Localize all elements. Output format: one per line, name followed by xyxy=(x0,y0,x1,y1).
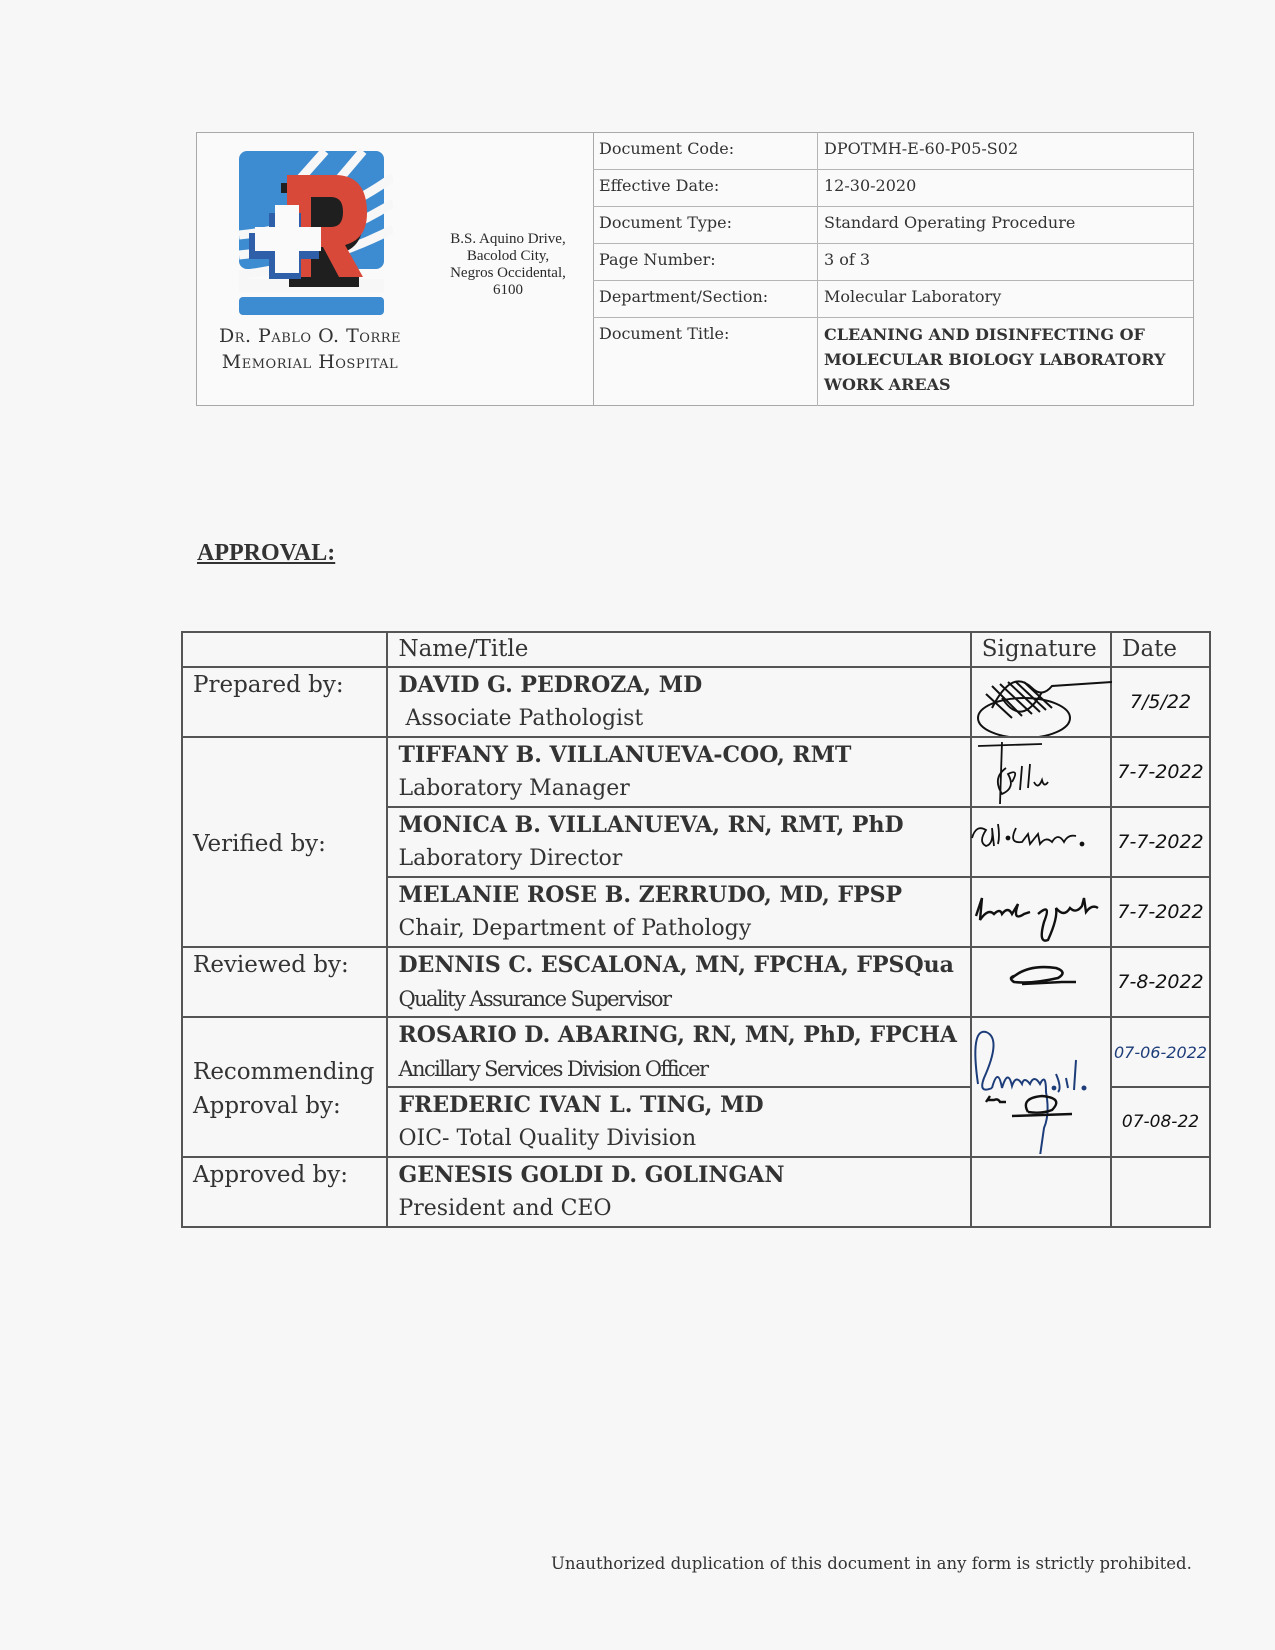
role-label: Prepared by: xyxy=(182,667,387,737)
signatory-title: Ancillary Services Division Officer xyxy=(398,1052,959,1086)
hospital-branding-cell: Dr. Pablo O. Torre Memorial Hospital B.S… xyxy=(197,133,594,405)
document-title-value: CLEANING AND DISINFECTING OF MOLECULAR B… xyxy=(818,318,1193,406)
approval-table-header: Name/Title Signature Date xyxy=(182,632,1210,667)
role-label: Reviewed by: xyxy=(182,947,387,1017)
metadata-row-document-title: Document Title: CLEANING AND DISINFECTIN… xyxy=(593,318,1193,406)
signatory-title: OIC- Total Quality Division xyxy=(398,1122,959,1156)
signed-date: 07-08-22 xyxy=(1111,1087,1210,1157)
approval-row: Recommending Approval by: ROSARIO D. ABA… xyxy=(182,1017,1210,1087)
column-header-date: Date xyxy=(1111,632,1210,667)
signatory-name: DENNIS C. ESCALONA, MN, FPCHA, FPSQua xyxy=(398,948,959,982)
signatory-title: Quality Assurance Supervisor xyxy=(398,982,959,1016)
role-label-line: Approval by: xyxy=(193,1089,376,1123)
effective-date-value: 12-30-2020 xyxy=(818,170,1193,206)
signatory-name: DAVID G. PEDROZA, MD xyxy=(398,668,959,702)
metadata-row-document-code: Document Code: DPOTMH-E-60-P05-S02 xyxy=(593,133,1193,170)
document-header-table: Dr. Pablo O. Torre Memorial Hospital B.S… xyxy=(196,132,1194,406)
signatory-name: MELANIE ROSE B. ZERRUDO, MD, FPSP xyxy=(398,878,959,912)
signatory: FREDERIC IVAN L. TING, MD OIC- Total Qua… xyxy=(387,1087,970,1157)
hospital-name-line1: Dr. Pablo O. Torre xyxy=(197,323,423,349)
address-line: 6100 xyxy=(423,282,593,299)
approval-row: Verified by: TIFFANY B. VILLANUEVA-COO, … xyxy=(182,737,1210,807)
signatory: GENESIS GOLDI D. GOLINGAN President and … xyxy=(387,1157,970,1227)
signature-cell xyxy=(971,1017,1111,1157)
hospital-name-line2: Memorial Hospital xyxy=(197,349,423,375)
approval-heading: APPROVAL: xyxy=(197,540,335,567)
field-label: Department/Section: xyxy=(593,281,818,317)
address-line: B.S. Aquino Drive, xyxy=(423,231,593,248)
field-label: Document Type: xyxy=(593,207,818,243)
column-header-name-title: Name/Title xyxy=(387,632,970,667)
role-label: Recommending Approval by: xyxy=(182,1017,387,1157)
hospital-name: Dr. Pablo O. Torre Memorial Hospital xyxy=(197,323,423,375)
metadata-row-page-number: Page Number: 3 of 3 xyxy=(593,244,1193,281)
signed-date: 7/5/22 xyxy=(1111,667,1210,737)
title-line: CLEANING AND DISINFECTING OF xyxy=(824,322,1187,347)
signatory: MELANIE ROSE B. ZERRUDO, MD, FPSP Chair,… xyxy=(387,877,970,947)
signature-cell xyxy=(971,947,1111,1017)
signed-date: 07-06-2022 xyxy=(1111,1017,1210,1087)
department-value: Molecular Laboratory xyxy=(818,281,1193,317)
signatory: TIFFANY B. VILLANUEVA-COO, RMT Laborator… xyxy=(387,737,970,807)
document-code-value: DPOTMH-E-60-P05-S02 xyxy=(818,133,1193,169)
column-header-role xyxy=(182,632,387,667)
signed-date-empty xyxy=(1111,1157,1210,1227)
page-number-value: 3 of 3 xyxy=(818,244,1193,280)
document-metadata: Document Code: DPOTMH-E-60-P05-S02 Effec… xyxy=(593,133,1193,406)
signatory: DAVID G. PEDROZA, MD Associate Pathologi… xyxy=(387,667,970,737)
approval-row: Approved by: GENESIS GOLDI D. GOLINGAN P… xyxy=(182,1157,1210,1227)
duplication-notice: Unauthorized duplication of this documen… xyxy=(551,1554,1192,1573)
signatory: DENNIS C. ESCALONA, MN, FPCHA, FPSQua Qu… xyxy=(387,947,970,1017)
metadata-row-document-type: Document Type: Standard Operating Proced… xyxy=(593,207,1193,244)
document-type-value: Standard Operating Procedure xyxy=(818,207,1193,243)
signatory-title: Associate Pathologist xyxy=(398,702,959,736)
role-label: Approved by: xyxy=(182,1157,387,1227)
field-label: Document Code: xyxy=(593,133,818,169)
role-label: Verified by: xyxy=(182,737,387,947)
signed-date: 7-7-2022 xyxy=(1111,737,1210,807)
signature-cell xyxy=(971,807,1111,877)
address-line: Bacolod City, xyxy=(423,248,593,265)
signatory: MONICA B. VILLANUEVA, RN, RMT, PhD Labor… xyxy=(387,807,970,877)
column-header-signature: Signature xyxy=(971,632,1111,667)
approval-table: Name/Title Signature Date Prepared by: D… xyxy=(181,631,1211,1228)
signatory-name: ROSARIO D. ABARING, RN, MN, PhD, FPCHA xyxy=(398,1018,959,1052)
signatory-name: TIFFANY B. VILLANUEVA-COO, RMT xyxy=(398,738,959,772)
metadata-row-effective-date: Effective Date: 12-30-2020 xyxy=(593,170,1193,207)
signature-icon xyxy=(972,878,1114,946)
signatory-title: Laboratory Director xyxy=(398,842,959,876)
field-label: Effective Date: xyxy=(593,170,818,206)
signatory-name: GENESIS GOLDI D. GOLINGAN xyxy=(398,1158,959,1192)
field-label: Page Number: xyxy=(593,244,818,280)
approval-row: Prepared by: DAVID G. PEDROZA, MD Associ… xyxy=(182,667,1210,737)
signatory-title: Chair, Department of Pathology xyxy=(398,912,959,946)
title-line: WORK AREAS xyxy=(824,372,1187,397)
signature-icon xyxy=(972,668,1114,736)
signatory-title: Laboratory Manager xyxy=(398,772,959,806)
signature-cell xyxy=(971,737,1111,807)
signature-icon xyxy=(972,1018,1114,1154)
metadata-row-department: Department/Section: Molecular Laboratory xyxy=(593,281,1193,318)
field-label: Document Title: xyxy=(593,318,818,406)
signed-date: 7-7-2022 xyxy=(1111,877,1210,947)
signatory-name: MONICA B. VILLANUEVA, RN, RMT, PhD xyxy=(398,808,959,842)
signatory-title: President and CEO xyxy=(398,1192,959,1226)
hospital-logo-icon xyxy=(233,147,393,319)
signature-cell-empty xyxy=(971,1157,1111,1227)
signature-cell xyxy=(971,877,1111,947)
approval-row: Reviewed by: DENNIS C. ESCALONA, MN, FPC… xyxy=(182,947,1210,1017)
address-line: Negros Occidental, xyxy=(423,265,593,282)
signature-cell xyxy=(971,667,1111,737)
title-line: MOLECULAR BIOLOGY LABORATORY xyxy=(824,347,1187,372)
role-label-line: Recommending xyxy=(193,1055,376,1089)
signed-date: 7-7-2022 xyxy=(1111,807,1210,877)
signatory-name: FREDERIC IVAN L. TING, MD xyxy=(398,1088,959,1122)
signature-icon xyxy=(972,948,1114,1016)
signed-date: 7-8-2022 xyxy=(1111,947,1210,1017)
signature-icon xyxy=(972,738,1114,806)
signature-icon xyxy=(958,808,1114,876)
signatory: ROSARIO D. ABARING, RN, MN, PhD, FPCHA A… xyxy=(387,1017,970,1087)
hospital-address: B.S. Aquino Drive, Bacolod City, Negros … xyxy=(423,231,593,299)
